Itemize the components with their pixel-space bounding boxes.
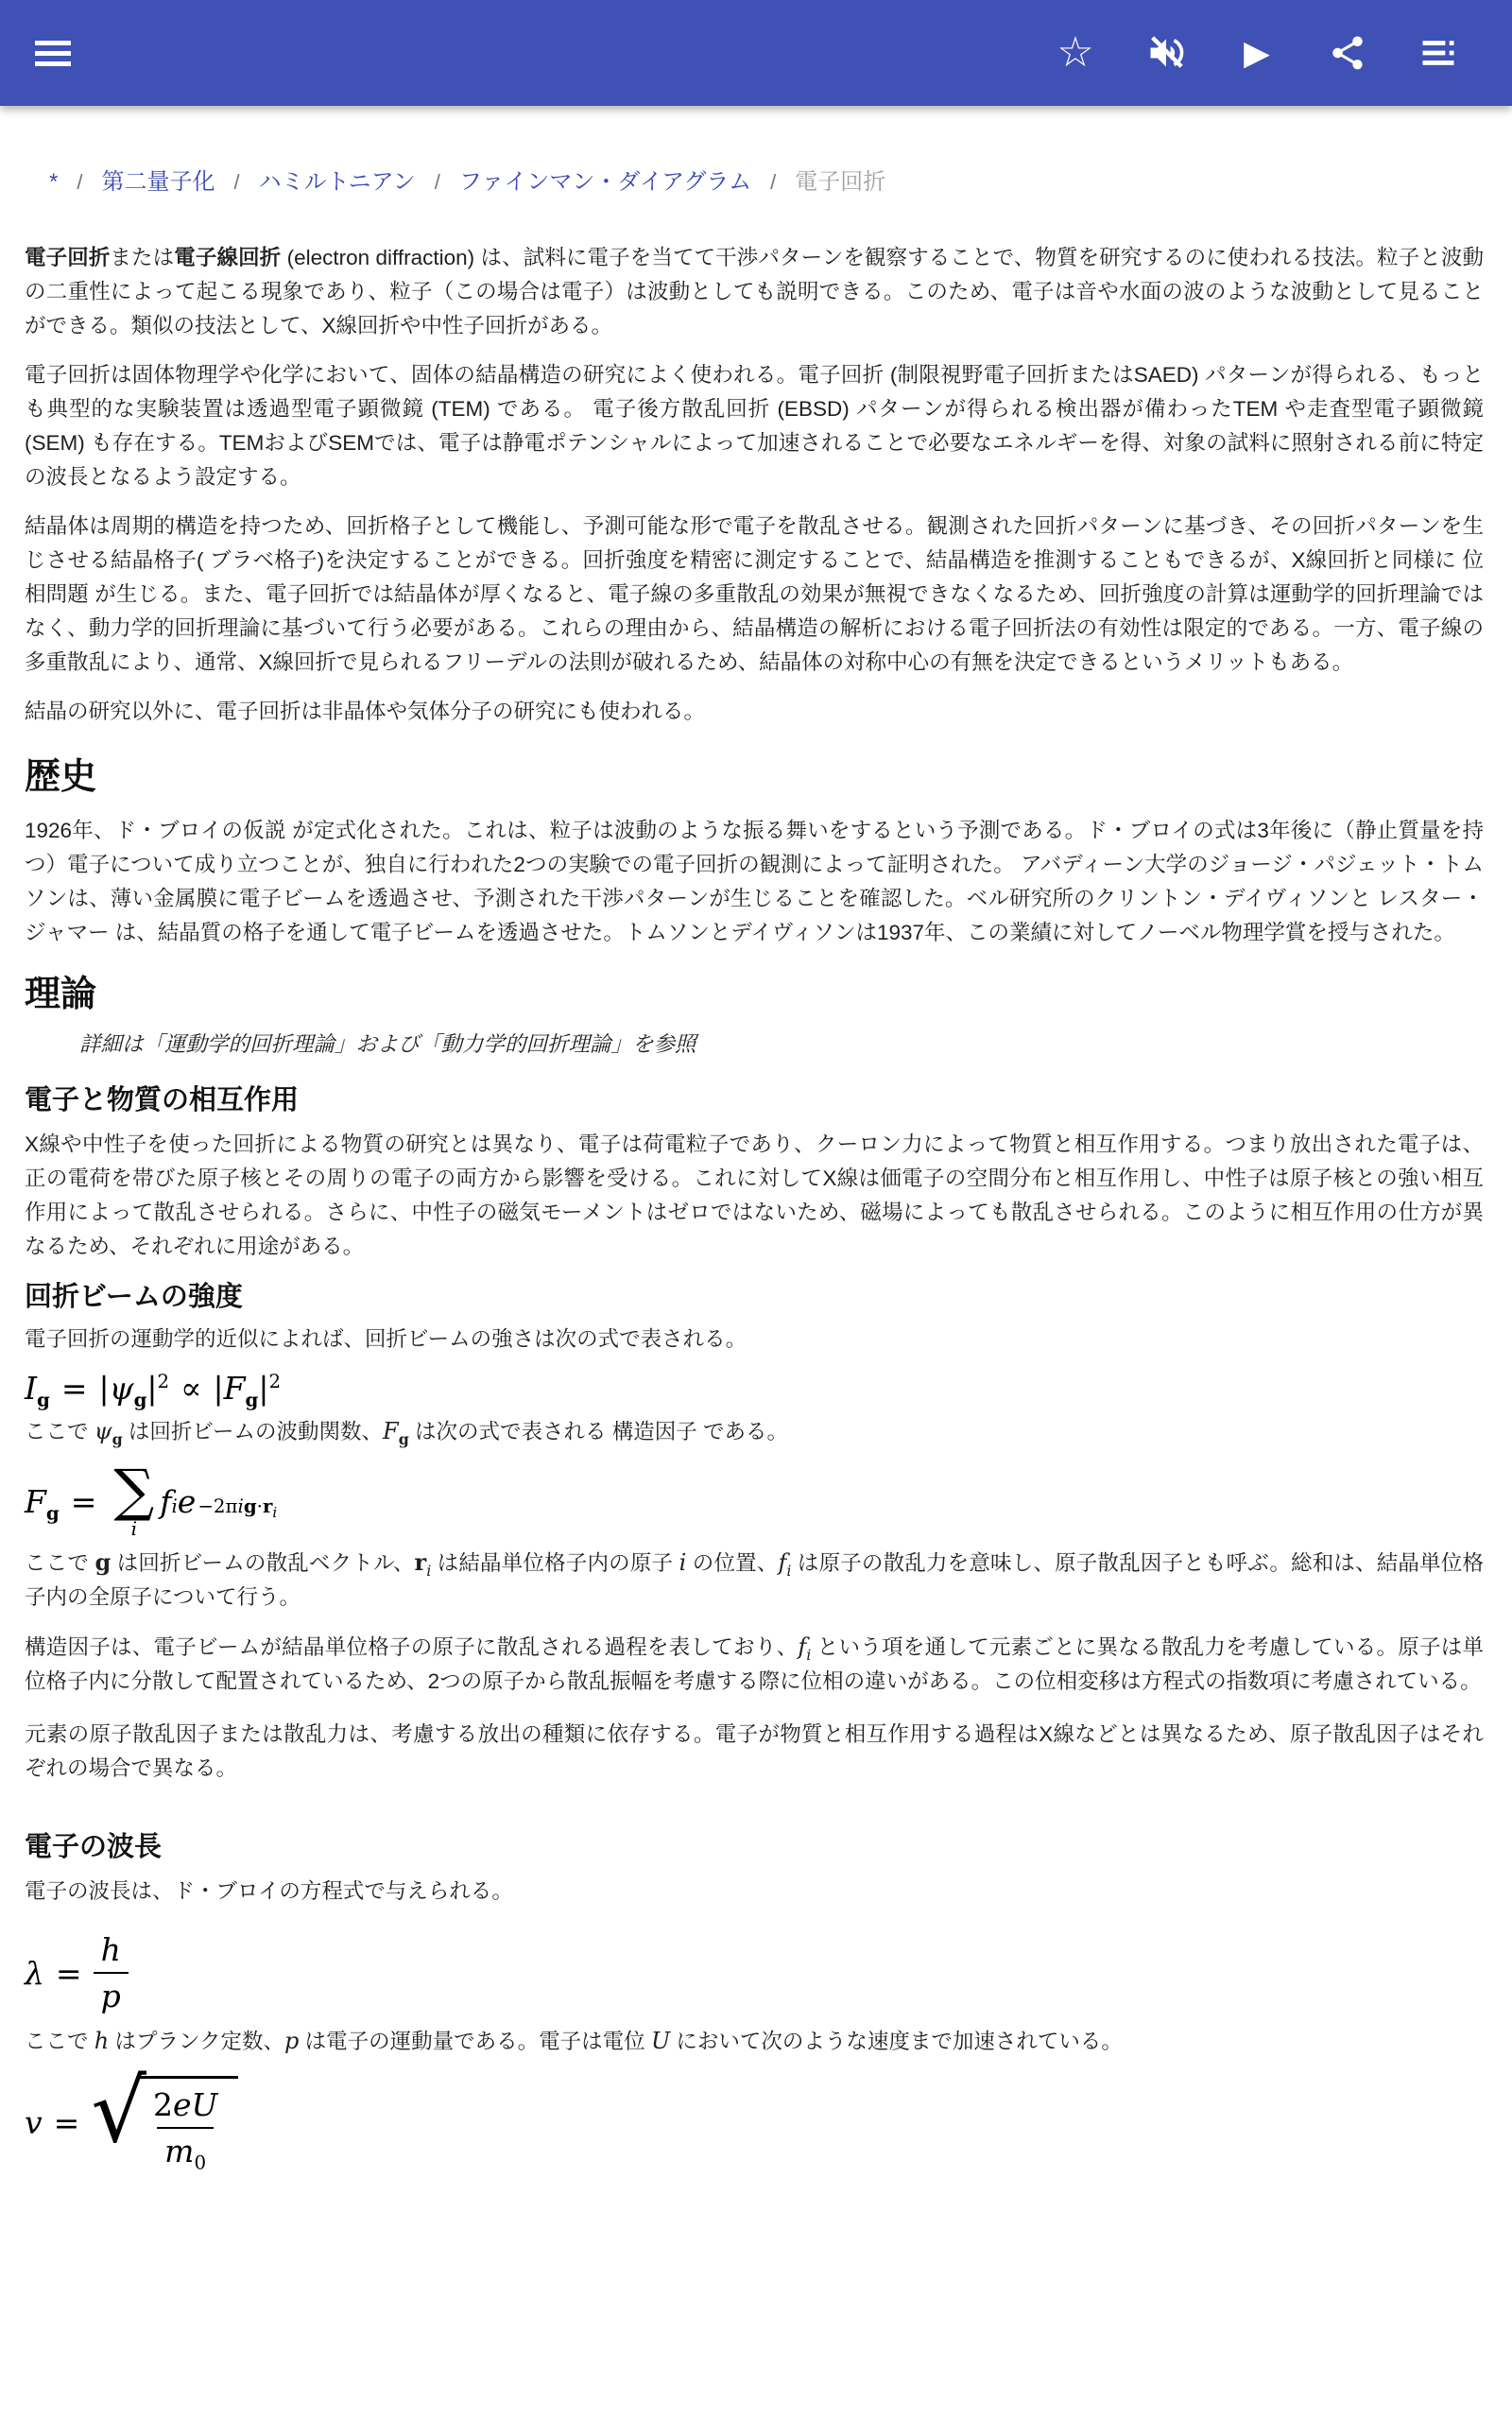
volume-off-icon[interactable] [1144, 31, 1188, 75]
square-root: √ 2eU m0 [91, 2076, 238, 2169]
paragraph-scattering-vector: ここで g は回折ビームの散乱ベクトル、ri は結晶単位格子内の原子 i の位置… [25, 1546, 1484, 1615]
subsection-heading-interaction: 電子と物質の相互作用 [25, 1080, 1484, 1120]
section-heading-history: 歴史 [25, 753, 1484, 801]
breadcrumb-separator: / [770, 166, 776, 198]
paragraph-scattering-factor: 元素の原子散乱因子または散乱力は、考慮する放出の種類に依存する。電子が物質と相互… [25, 1718, 1484, 1786]
subsection-heading-wavelength: 電子の波長 [25, 1827, 1484, 1867]
paragraph-applications: 電子回折は固体物理学や化学において、固体の結晶構造の研究によく使われる。電子回折… [25, 358, 1484, 494]
summation-symbol: ∑ i [113, 1464, 154, 1538]
breadcrumb: * / 第二量子化 / ハミルトニアン / ファインマン・ダイアグラム / 電子… [49, 166, 1484, 198]
paragraph-interaction: X線や中性子を使った回折による物質の研究とは異なり、電子は荷電粒子であり、クーロ… [25, 1128, 1484, 1264]
hamburger-menu-icon[interactable] [35, 41, 71, 66]
paragraph-intensity-intro: 電子回折の運動学的近似によれば、回折ビームの強さは次の式で表される。 [25, 1322, 1484, 1357]
app-page: ☆ ▶ [0, 0, 1512, 2420]
article-content: 電子回折または電子線回折 (electron diffraction) は、試料… [0, 241, 1512, 2169]
paragraph-intro: 電子回折または電子線回折 (electron diffraction) は、試料… [25, 241, 1484, 343]
paragraph-wavelength-intro: 電子の波長は、ド・ブロイの方程式で与えられる。 [25, 1875, 1484, 1909]
formula-structure-factor: Fg = ∑ i fie−2πig·ri [25, 1464, 1484, 1538]
toc-list-icon[interactable] [1417, 31, 1460, 75]
breadcrumb-separator: / [77, 166, 82, 198]
toolbar: ☆ ▶ [0, 0, 1512, 106]
paragraph-wavefunction-note: ここで ψg は回折ビームの波動関数、Fg は次の式で表される 構造因子 である… [25, 1414, 1484, 1449]
subsection-heading-intensity: 回折ビームの強度 [25, 1277, 1484, 1317]
paragraph-structure-factor-explanation: 構造因子は、電子ビームが結晶単位格子の原子に散乱される過程を表しており、fi と… [25, 1630, 1484, 1699]
section-heading-theory: 理論 [25, 971, 1484, 1018]
breadcrumb-separator: / [233, 166, 239, 198]
breadcrumb-home-link[interactable]: * [49, 166, 58, 198]
fraction: h p [94, 1931, 129, 2014]
breadcrumb-separator: / [435, 166, 440, 198]
theory-see-also-note: 詳細は「運動学的回折理論」および「動力学的回折理論」を参照 [79, 1028, 1484, 1062]
formula-diffracted-intensity: Ig=|ψg|2∝|Fg|2 [25, 1370, 1484, 1407]
formula-de-broglie: λ = h p [25, 1931, 1484, 2014]
paragraph-noncrystal: 結晶の研究以外に、電子回折は非晶体や気体分子の研究にも使われる。 [25, 695, 1484, 729]
paragraph-planck-note: ここで h はプランク定数、p は電子の運動量である。電子は電位 U において次… [25, 2024, 1484, 2059]
favorite-star-icon[interactable]: ☆ [1054, 31, 1097, 75]
breadcrumb-link-second-quantization[interactable]: 第二量子化 [101, 166, 215, 198]
share-icon[interactable] [1326, 31, 1369, 75]
formula-electron-velocity: v = √ 2eU m0 [25, 2076, 1484, 2169]
paragraph-history: 1926年、ド・ブロイの仮説 が定式化された。これは、粒子は波動のような振る舞い… [25, 814, 1484, 950]
breadcrumb-link-feynman-diagram[interactable]: ファインマン・ダイアグラム [459, 166, 751, 198]
breadcrumb-current-page: 電子回折 [795, 166, 885, 198]
breadcrumb-link-hamiltonian[interactable]: ハミルトニアン [259, 166, 416, 198]
paragraph-crystals: 結晶体は周期的構造を持つため、回折格子として機能し、予測可能な形で電子を散乱させ… [25, 510, 1484, 680]
play-icon[interactable]: ▶ [1235, 31, 1279, 75]
toolbar-actions: ☆ ▶ [1054, 31, 1460, 75]
